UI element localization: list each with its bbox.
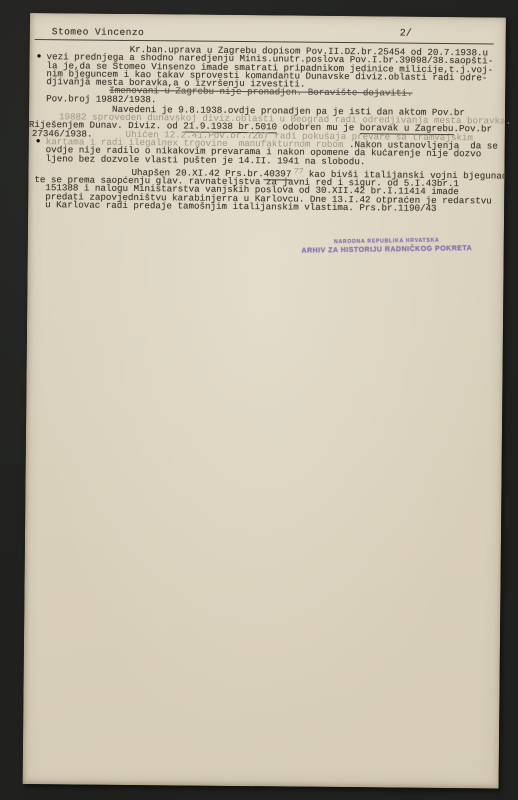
margin-bullet-mark: ● (37, 53, 42, 61)
document-page: Stomeo Vincenzo 2/ Kr.ban.uprava u Zagre… (23, 13, 506, 789)
document-title: Stomeo Vincenzo (52, 26, 144, 38)
typed-line: u Karlovac radi predaje tamošnjim italij… (45, 201, 504, 214)
typed-text-segment: u Karlovac radi predaje tamošnjim italij… (45, 199, 437, 214)
archive-stamp: NARODNA REPUBLIKA HRVATSKA ARHIV ZA HIST… (298, 237, 476, 254)
stamp-institution-name: ARHIV ZA HISTORIJU RADNIČKOG POKRETA (298, 245, 476, 255)
document-header: Stomeo Vincenzo 2/ (35, 25, 494, 44)
typed-text-segment: 77 (291, 167, 303, 176)
typed-text-segment: ljeno bez dozvole vlasti pušten je 14.II… (46, 153, 366, 167)
typed-lines: Kr.ban.uprava u Zagrebu dopisom Pov.II.D… (28, 45, 506, 214)
margin-bullet-mark: ● (36, 138, 41, 146)
page-number: 2/ (400, 29, 412, 40)
